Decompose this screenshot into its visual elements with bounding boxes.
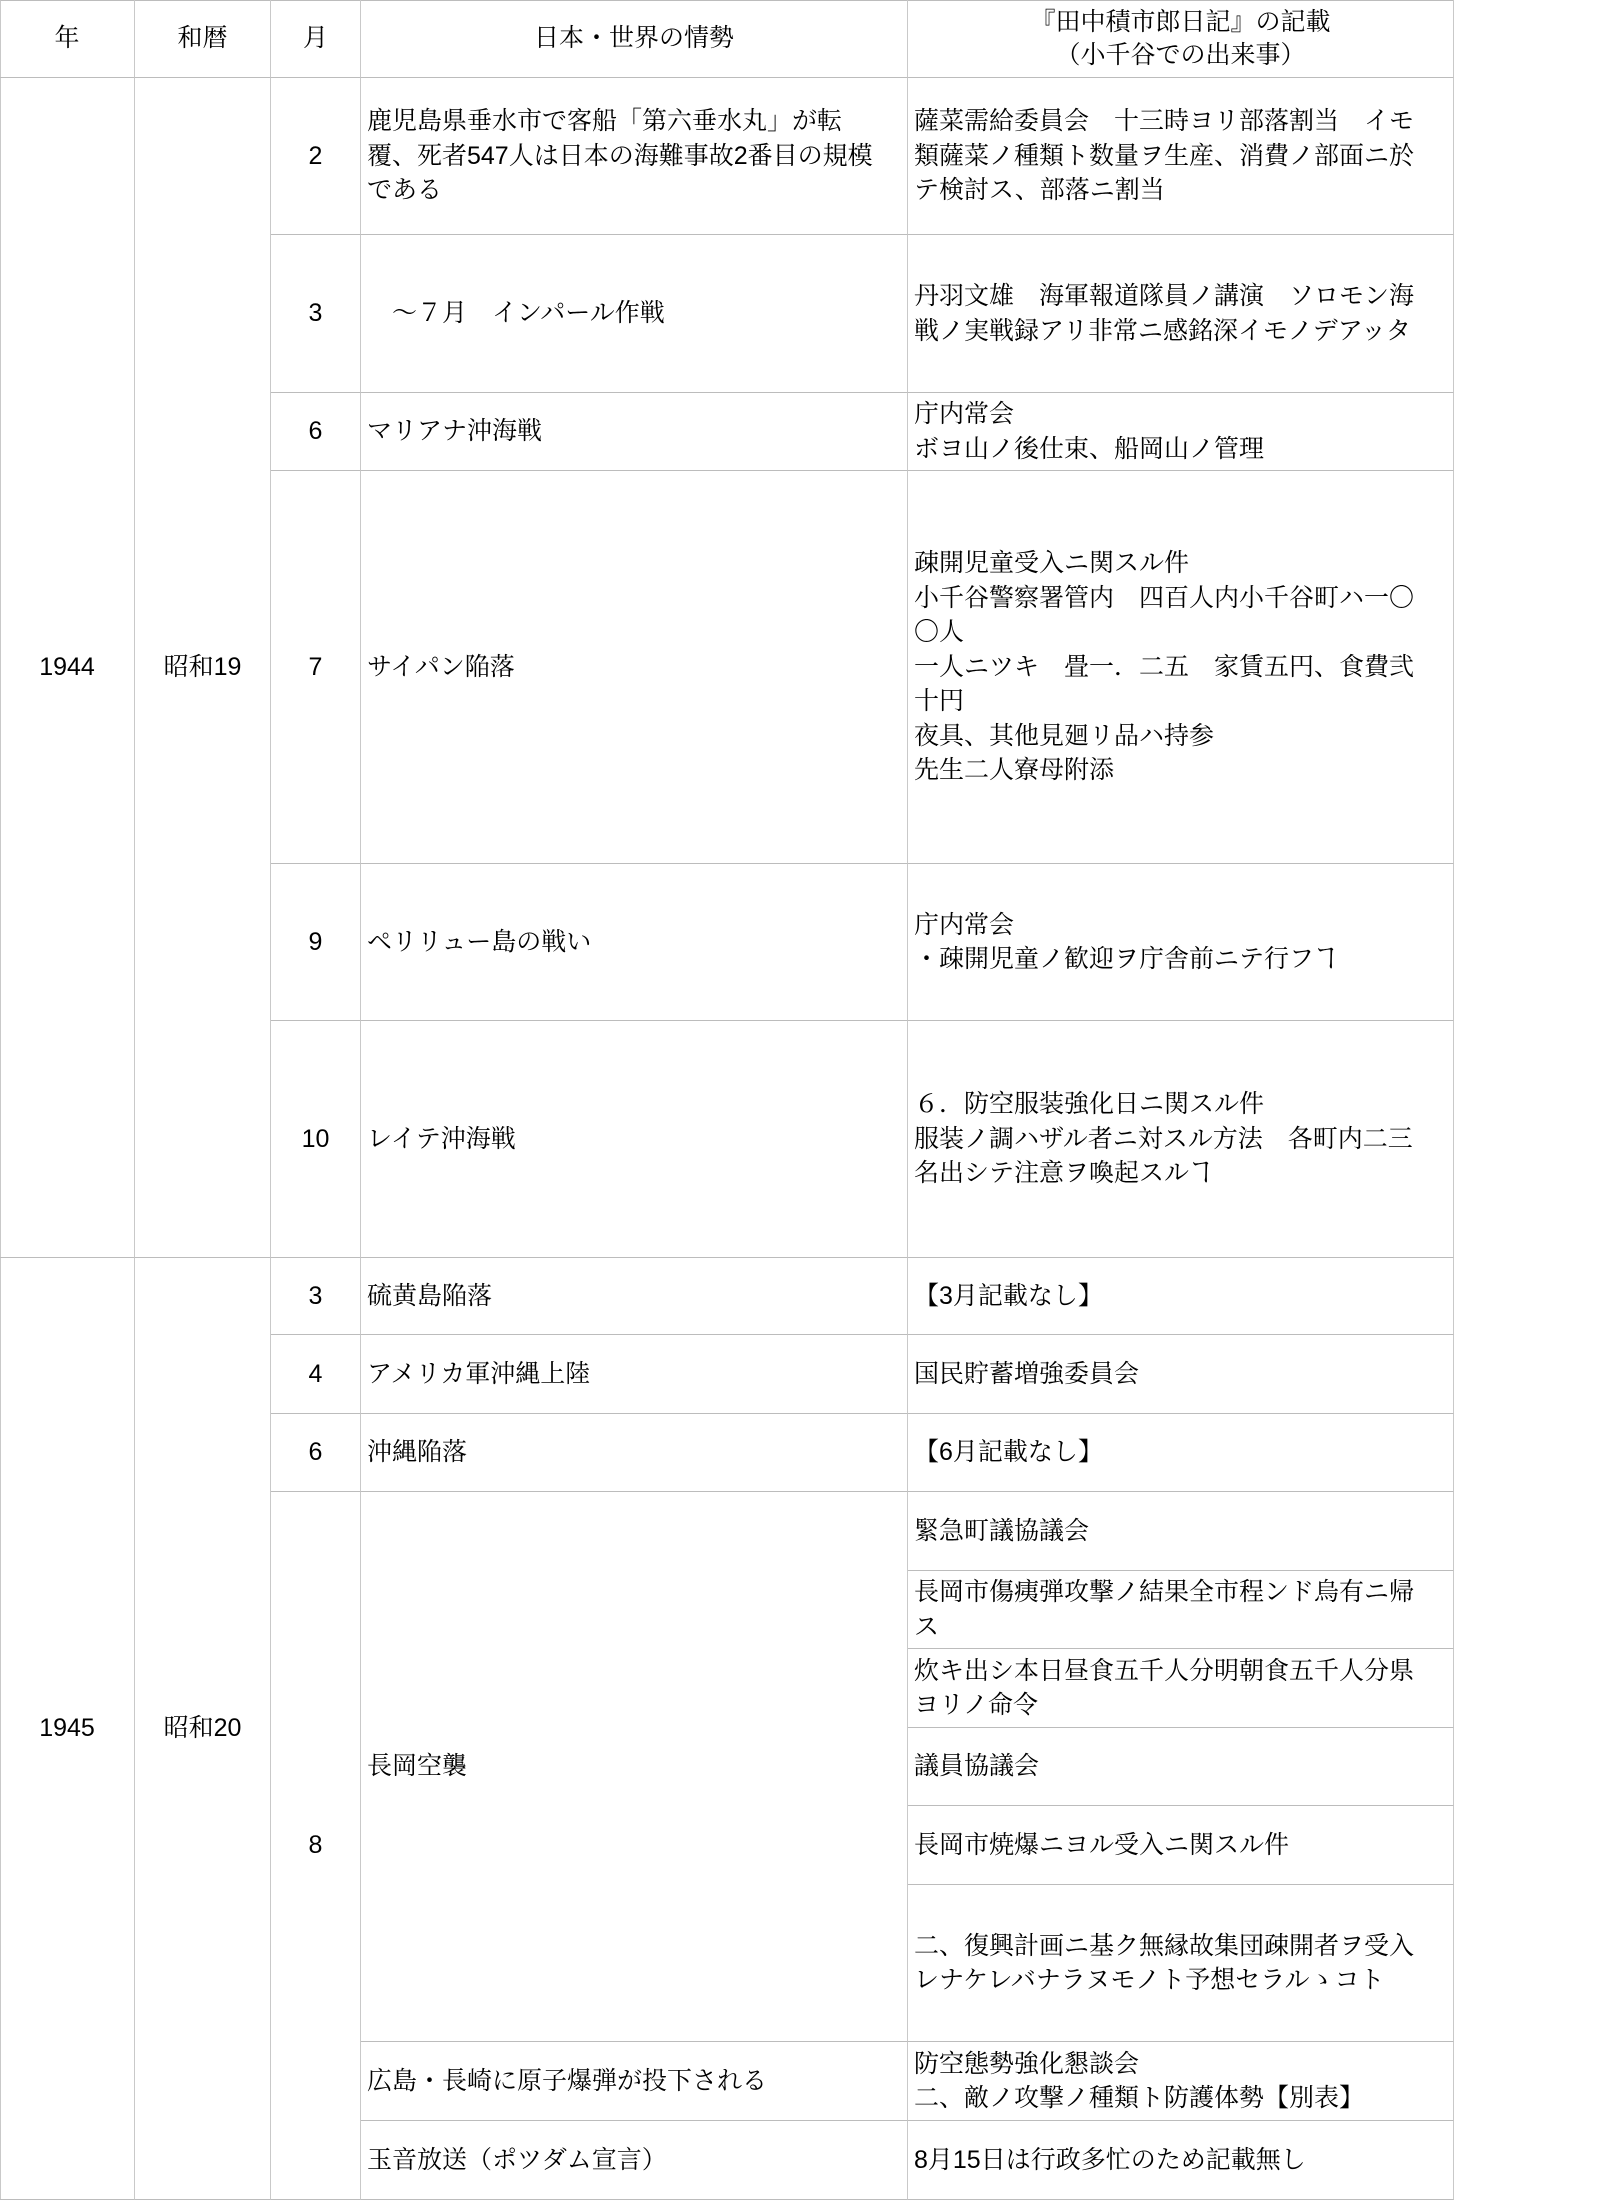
cell-world-event: 長岡空襲	[361, 1492, 908, 2042]
cell-diary-entry: 二、復興計画ニ基ク無縁故集団疎開者ヲ受入 レナケレバナラヌモノト予想セラルゝコト	[908, 1885, 1454, 2042]
month-text: 3	[309, 1279, 323, 1314]
header-era: 和暦	[135, 0, 271, 78]
cell-month: 2	[271, 78, 361, 235]
cell-world-event: 硫黄島陥落	[361, 1258, 908, 1335]
diary-entry-text: 疎開児童受入ニ関スル件 小千谷警察署管内 四百人内小千谷町ハ一〇 〇人 一人ニツ…	[914, 546, 1414, 788]
diary-entry-text: 8月15日は行政多忙のため記載無し	[914, 2143, 1306, 2178]
diary-entry-text: 議員協議会	[914, 1749, 1039, 1784]
cell-diary-entry: ６．防空服装強化日ニ関スル件 服装ノ調ハザル者ニ対スル方法 各町内二三 名出シテ…	[908, 1021, 1454, 1258]
cell-month: 3	[271, 1258, 361, 1335]
cell-world-event: 鹿児島県垂水市で客船「第六垂水丸」が転 覆、死者547人は日本の海難事故2番目の…	[361, 78, 908, 235]
header-world: 日本・世界の情勢	[361, 0, 908, 78]
cell-world-event: ～７月 インパール作戦	[361, 235, 908, 393]
world-event-text: 硫黄島陥落	[367, 1279, 492, 1314]
diary-entry-text: ６．防空服装強化日ニ関スル件 服装ノ調ハザル者ニ対スル方法 各町内二三 名出シテ…	[914, 1087, 1413, 1191]
diary-entry-text: 薩菜需給委員会 十三時ヨリ部落割当 イモ 類薩菜ノ種類ト数量ヲ生産、消費ノ部面ニ…	[914, 104, 1414, 208]
world-event-text: ペリリュー島の戦い	[367, 925, 591, 960]
diary-entry-text: 国民貯蓄増強委員会	[914, 1357, 1139, 1392]
world-event-text: 広島・長崎に原子爆弾が投下される	[367, 2064, 767, 2099]
cell-world-event: サイパン陥落	[361, 471, 908, 864]
world-event-text: 玉音放送（ポツダム宣言）	[367, 2143, 667, 2178]
cell-month: 9	[271, 864, 361, 1021]
month-text: 8	[309, 1828, 323, 1863]
world-event-text: 鹿児島県垂水市で客船「第六垂水丸」が転 覆、死者547人は日本の海難事故2番目の…	[367, 104, 873, 208]
cell-month: 6	[271, 1414, 361, 1492]
cell-year-1945: 1945	[0, 1258, 135, 2200]
cell-month: 3	[271, 235, 361, 393]
month-text: 4	[309, 1357, 323, 1392]
cell-diary-entry: 8月15日は行政多忙のため記載無し	[908, 2121, 1454, 2200]
month-text: 6	[309, 1435, 323, 1470]
cell-diary-entry: 【3月記載なし】	[908, 1258, 1454, 1335]
era-text: 昭和19	[164, 650, 242, 685]
header-diary: 『田中積市郎日記』の記載 （小千谷での出来事）	[908, 0, 1454, 78]
diary-entry-text: 緊急町議協議会	[914, 1514, 1089, 1549]
cell-world-event: 沖縄陥落	[361, 1414, 908, 1492]
month-text: 3	[309, 296, 323, 331]
cell-month: 10	[271, 1021, 361, 1258]
world-event-text: アメリカ軍沖縄上陸	[367, 1357, 590, 1392]
cell-world-event: ペリリュー島の戦い	[361, 864, 908, 1021]
world-event-text: サイパン陥落	[367, 650, 515, 685]
cell-world-event: 玉音放送（ポツダム宣言）	[361, 2121, 908, 2200]
cell-month: 6	[271, 393, 361, 471]
cell-diary-entry: 丹羽文雄 海軍報道隊員ノ講演 ソロモン海 戦ノ実戦録アリ非常ニ感銘深イモノデアッ…	[908, 235, 1454, 393]
cell-diary-entry: 【6月記載なし】	[908, 1414, 1454, 1492]
cell-world-event: レイテ沖海戦	[361, 1021, 908, 1258]
cell-diary-entry: 防空態勢強化懇談会 二、敵ノ攻撃ノ種類ト防護体勢【別表】	[908, 2042, 1454, 2121]
cell-diary-entry: 緊急町議協議会	[908, 1492, 1454, 1571]
world-event-text: マリアナ沖海戦	[367, 414, 542, 449]
header-diary-label: 『田中積市郎日記』の記載 （小千谷での出来事）	[1030, 6, 1330, 72]
header-world-label: 日本・世界の情勢	[534, 22, 734, 55]
cell-diary-entry: 長岡市傷痍弾攻撃ノ結果全市程ンド烏有ニ帰 ス	[908, 1571, 1454, 1649]
cell-month: 8	[271, 1492, 361, 2200]
diary-entry-text: 二、復興計画ニ基ク無縁故集団疎開者ヲ受入 レナケレバナラヌモノト予想セラルゝコト	[914, 1929, 1414, 1998]
diary-entry-text: 長岡市焼爆ニヨル受入ニ関スル件	[914, 1828, 1289, 1863]
cell-diary-entry: 長岡市焼爆ニヨル受入ニ関スル件	[908, 1806, 1454, 1885]
header-era-label: 和暦	[177, 22, 227, 55]
header-year-label: 年	[54, 22, 79, 55]
month-text: 2	[309, 139, 323, 174]
diary-entry-text: 【6月記載なし】	[914, 1435, 1103, 1470]
cell-diary-entry: 議員協議会	[908, 1728, 1454, 1806]
year-text: 1945	[39, 1711, 95, 1746]
diary-entry-text: 庁内常会 ボヨ山ノ後仕束、船岡山ノ管理	[914, 397, 1264, 466]
diary-entry-text: 防空態勢強化懇談会 二、敵ノ攻撃ノ種類ト防護体勢【別表】	[914, 2047, 1364, 2116]
month-text: 9	[309, 925, 323, 960]
world-event-text: 長岡空襲	[367, 1749, 467, 1784]
month-text: 7	[309, 650, 323, 685]
diary-entry-text: 丹羽文雄 海軍報道隊員ノ講演 ソロモン海 戦ノ実戦録アリ非常ニ感銘深イモノデアッ…	[914, 279, 1414, 348]
cell-diary-entry: 炊キ出シ本日昼食五千人分明朝食五千人分県 ヨリノ命令	[908, 1649, 1454, 1728]
header-month-label: 月	[303, 22, 328, 55]
diary-entry-text: 庁内常会 ・疎開児童ノ歓迎ヲ庁舎前ニテ行フヿ	[914, 908, 1339, 977]
cell-month: 4	[271, 1335, 361, 1414]
era-text: 昭和20	[164, 1711, 242, 1746]
cell-diary-entry: 庁内常会 ボヨ山ノ後仕束、船岡山ノ管理	[908, 393, 1454, 471]
cell-world-event: 広島・長崎に原子爆弾が投下される	[361, 2042, 908, 2121]
cell-era-1945: 昭和20	[135, 1258, 271, 2200]
year-text: 1944	[39, 650, 95, 685]
header-month: 月	[271, 0, 361, 78]
cell-world-event: アメリカ軍沖縄上陸	[361, 1335, 908, 1414]
diary-entry-text: 炊キ出シ本日昼食五千人分明朝食五千人分県 ヨリノ命令	[914, 1654, 1414, 1723]
cell-diary-entry: 薩菜需給委員会 十三時ヨリ部落割当 イモ 類薩菜ノ種類ト数量ヲ生産、消費ノ部面ニ…	[908, 78, 1454, 235]
cell-era-1944: 昭和19	[135, 78, 271, 1258]
cell-diary-entry: 国民貯蓄増強委員会	[908, 1335, 1454, 1414]
month-text: 10	[302, 1122, 330, 1157]
month-text: 6	[309, 414, 323, 449]
cell-diary-entry: 庁内常会 ・疎開児童ノ歓迎ヲ庁舎前ニテ行フヿ	[908, 864, 1454, 1021]
cell-year-1944: 1944	[0, 78, 135, 1258]
world-event-text: レイテ沖海戦	[367, 1122, 516, 1157]
header-year: 年	[0, 0, 135, 78]
diary-entry-text: 【3月記載なし】	[914, 1279, 1103, 1314]
world-event-text: 沖縄陥落	[367, 1435, 467, 1470]
cell-world-event: マリアナ沖海戦	[361, 393, 908, 471]
cell-month: 7	[271, 471, 361, 864]
timeline-table: 年 和暦 月 日本・世界の情勢 『田中積市郎日記』の記載 （小千谷での出来事） …	[0, 0, 1613, 2203]
diary-entry-text: 長岡市傷痍弾攻撃ノ結果全市程ンド烏有ニ帰 ス	[914, 1575, 1414, 1644]
cell-diary-entry: 疎開児童受入ニ関スル件 小千谷警察署管内 四百人内小千谷町ハ一〇 〇人 一人ニツ…	[908, 471, 1454, 864]
world-event-text: ～７月 インパール作戦	[367, 296, 665, 331]
